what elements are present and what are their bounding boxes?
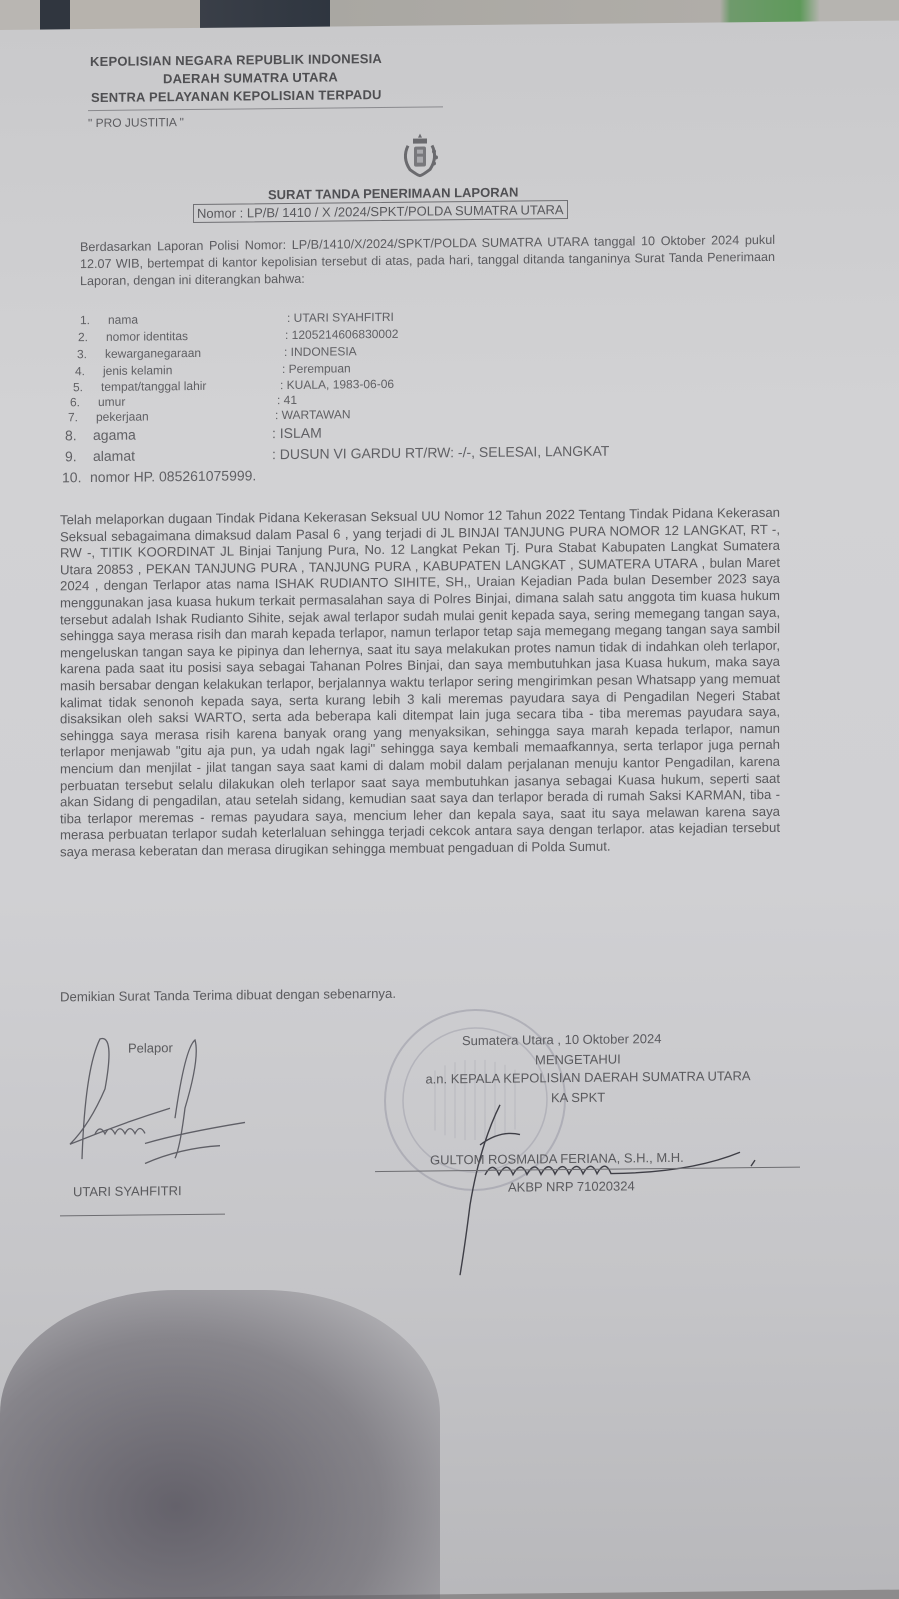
intro-paragraph: Berdasarkan Laporan Polisi Nomor: LP/B/1… (80, 232, 775, 290)
identity-row: 8.agama: ISLAM (65, 421, 705, 428)
document-title: SURAT TANDA PENERIMAAN LAPORAN (268, 185, 518, 203)
acknowledge-label: MENGETAHUI (535, 1051, 621, 1067)
officer-name: GULTOM ROSMAIDA FERIANA, S.H., M.H. (430, 1150, 684, 1168)
police-emblem-icon (398, 131, 442, 177)
report-number: Nomor : LP/B/ 1410 / X /2024/SPKT/POLDA … (193, 200, 568, 223)
hand-shadow (0, 1290, 440, 1599)
org-line-3: SENTRA PELAYANAN KEPOLISIAN TERPADU (91, 87, 382, 105)
org-line-1: KEPOLISIAN NEGARA REPUBLIK INDONESIA (90, 51, 382, 69)
identity-row: 7.pekerjaan: WARTAWAN (68, 404, 668, 410)
identity-row: 9.alamat: DUSUN VI GARDU RT/RW: -/-, SEL… (65, 442, 705, 449)
place-date: Sumatera Utara , 10 Oktober 2024 (462, 1031, 661, 1048)
identity-row: 1.nama: UTARI SYAHFITRI (80, 307, 680, 313)
reporter-signature-line (60, 1214, 225, 1217)
identity-row: 10.nomor HP. 085261075999. (62, 463, 702, 470)
org-line-2: DAERAH SUMATRA UTARA (163, 69, 338, 86)
pro-justitia: " PRO JUSTITIA " (88, 115, 184, 130)
incident-description: Telah melaporkan dugaan Tindak Pidana Ke… (60, 505, 780, 861)
closing-statement: Demikian Surat Tanda Terima dibuat denga… (60, 986, 396, 1005)
identity-row: 2.nomor identitas: 1205214606830002 (78, 324, 678, 330)
header-divider (88, 106, 443, 111)
reporter-name: UTARI SYAHFITRI (73, 1183, 182, 1199)
reporter-signature (60, 1027, 260, 1179)
officer-rank-nrp: AKBP NRP 71020324 (508, 1178, 635, 1194)
